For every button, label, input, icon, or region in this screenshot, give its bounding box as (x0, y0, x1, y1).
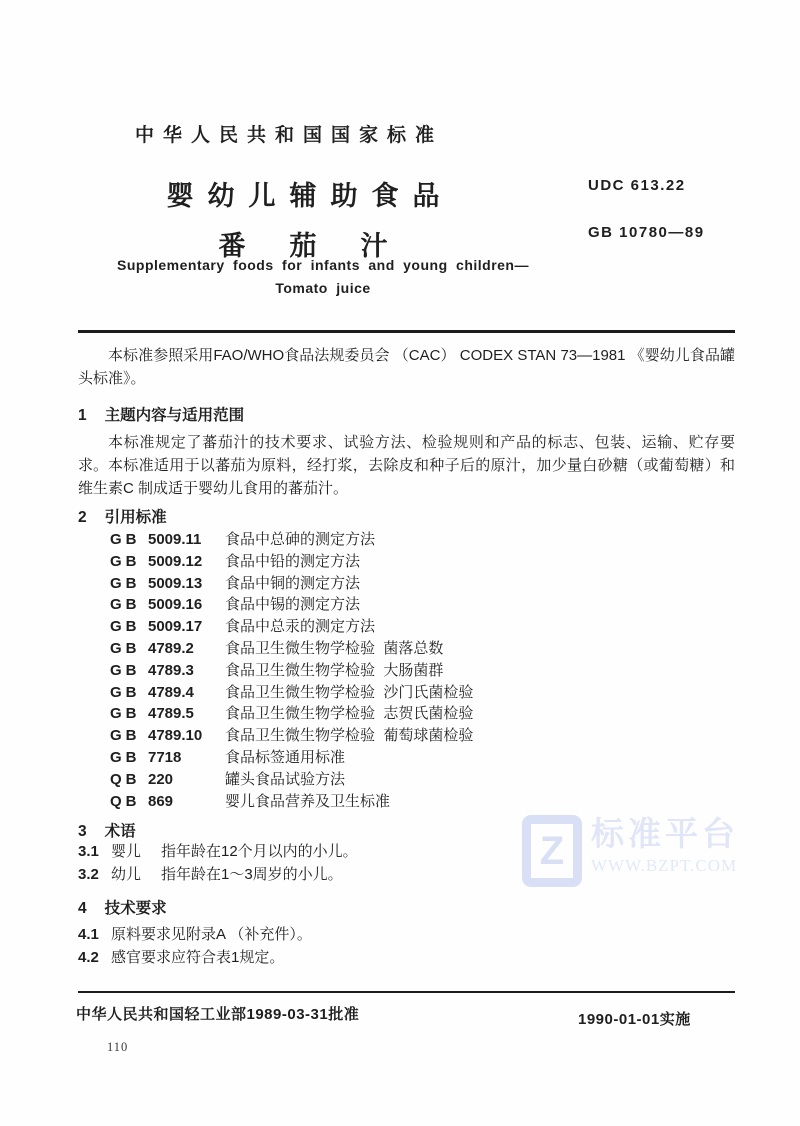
ref-number: 7718 (148, 747, 225, 769)
section3-number: 3 (78, 823, 87, 841)
standard-number: GB 10780—89 (588, 224, 705, 241)
ref-number: 4789.2 (148, 638, 225, 660)
ref-number: 5009.11 (148, 529, 225, 551)
reference-row: GB5009.12食品中铅的测定方法 (110, 551, 710, 573)
section4-number: 4 (78, 900, 87, 918)
term-number: 3.1 (78, 842, 111, 862)
ref-code: GB (110, 594, 148, 616)
ref-title: 食品卫生微生物学检验 葡萄球菌检验 (225, 725, 710, 747)
ref-number: 5009.13 (148, 573, 225, 595)
ref-number: 4789.4 (148, 682, 225, 704)
section1-number: 1 (78, 407, 87, 425)
reference-row: GB5009.11食品中总砷的测定方法 (110, 529, 710, 551)
ref-code: GB (110, 725, 148, 747)
preamble-paragraph: 本标准参照采用FAO/WHO食品法规委员会 （CAC） CODEX STAN 7… (78, 344, 735, 390)
ref-title: 食品中总汞的测定方法 (225, 616, 710, 638)
reference-row: GB4789.4食品卫生微生物学检验 沙门氏菌检验 (110, 682, 710, 704)
section2-number: 2 (78, 509, 87, 527)
reference-row: GB7718食品标签通用标准 (110, 747, 710, 769)
reference-row: GB4789.10食品卫生微生物学检验 葡萄球菌检验 (110, 725, 710, 747)
ref-title: 婴儿食品营养及卫生标准 (225, 791, 710, 813)
ref-number: 5009.12 (148, 551, 225, 573)
ref-code: GB (110, 529, 148, 551)
ref-code: GB (110, 551, 148, 573)
ref-code: GB (110, 682, 148, 704)
ref-title: 食品卫生微生物学检验 菌落总数 (225, 638, 710, 660)
reference-row: GB5009.13食品中铜的测定方法 (110, 573, 710, 595)
ref-title: 罐头食品试验方法 (225, 769, 710, 791)
section4-title: 技术要求 (105, 900, 167, 917)
ref-number: 4789.3 (148, 660, 225, 682)
section1-paragraph2: 本标准适用于以蕃茄为原料，经打浆，去除皮和种子后的原汁，加少量白砂糖（或葡萄糖）… (78, 454, 735, 500)
reference-row: GB5009.16食品中锡的测定方法 (110, 594, 710, 616)
term-number: 3.2 (78, 865, 111, 885)
requirement-item: 4.1 原料要求见附录A （补充件）。 (78, 925, 718, 945)
footer-rule (78, 991, 735, 993)
ref-code: GB (110, 573, 148, 595)
section2-heading: 2引用标准 (78, 505, 167, 527)
ref-code: GB (110, 660, 148, 682)
requirement-number: 4.1 (78, 925, 111, 945)
term-word: 婴儿 (111, 842, 161, 862)
requirement-item: 4.2 感官要求应符合表1规定。 (78, 948, 718, 968)
ref-code: GB (110, 747, 148, 769)
ref-number: 4789.10 (148, 725, 225, 747)
reference-row: GB4789.2食品卫生微生物学检验 菌落总数 (110, 638, 710, 660)
standard-document-page: 中华人民共和国国家标准 婴幼儿辅助食品 番茄汁 UDC 613.22 GB 10… (0, 0, 800, 1126)
english-subtitle-line2: Tomato juice (78, 280, 568, 296)
ref-number: 220 (148, 769, 225, 791)
title-block: 婴幼儿辅助食品 番茄汁 (75, 174, 531, 263)
reference-row: GB4789.3食品卫生微生物学检验 大肠菌群 (110, 660, 710, 682)
term-item: 3.2 幼儿 指年龄在1～3周岁的小儿。 (78, 865, 678, 885)
reference-row: QB220罐头食品试验方法 (110, 769, 710, 791)
reference-row: GB5009.17食品中总汞的测定方法 (110, 616, 710, 638)
reference-row: QB869婴儿食品营养及卫生标准 (110, 791, 710, 813)
ref-number: 5009.17 (148, 616, 225, 638)
section3-title: 术语 (105, 823, 136, 840)
ref-title: 食品标签通用标准 (225, 747, 710, 769)
ref-title: 食品卫生微生物学检验 志贺氏菌检验 (225, 703, 710, 725)
approval-statement: 中华人民共和国轻工业部1989-03-31批准 (76, 1003, 359, 1024)
ref-title: 食品中锡的测定方法 (225, 594, 710, 616)
term-definition: 指年龄在1～3周岁的小儿。 (161, 865, 343, 885)
doc-type-heading: 中华人民共和国国家标准 (135, 120, 443, 147)
section1-title: 主题内容与适用范围 (105, 407, 245, 424)
title-line1: 婴幼儿辅助食品 (75, 174, 531, 213)
ref-code: GB (110, 638, 148, 660)
implementation-date: 1990-01-01实施 (578, 1008, 691, 1029)
ref-number: 869 (148, 791, 225, 813)
ref-number: 4789.5 (148, 703, 225, 725)
ref-code: QB (110, 791, 148, 813)
section3-heading: 3术语 (78, 819, 136, 841)
udc-number: UDC 613.22 (588, 177, 686, 194)
ref-title: 食品中总砷的测定方法 (225, 529, 710, 551)
header-rule (78, 330, 735, 333)
requirement-number: 4.2 (78, 948, 111, 968)
ref-title: 食品中铜的测定方法 (225, 573, 710, 595)
requirement-text: 感官要求应符合表1规定。 (111, 948, 284, 968)
ref-code: GB (110, 616, 148, 638)
reference-row: GB4789.5食品卫生微生物学检验 志贺氏菌检验 (110, 703, 710, 725)
section2-title: 引用标准 (105, 509, 167, 526)
ref-title: 食品卫生微生物学检验 大肠菌群 (225, 660, 710, 682)
section4-heading: 4技术要求 (78, 896, 167, 918)
ref-title: 食品中铅的测定方法 (225, 551, 710, 573)
term-item: 3.1 婴儿 指年龄在12个月以内的小儿。 (78, 842, 678, 862)
term-word: 幼儿 (111, 865, 161, 885)
section1-heading: 1主题内容与适用范围 (78, 403, 244, 425)
ref-code: GB (110, 703, 148, 725)
english-subtitle-line1: Supplementary foods for infants and youn… (78, 257, 568, 273)
ref-number: 5009.16 (148, 594, 225, 616)
requirement-text: 原料要求见附录A （补充件）。 (111, 925, 312, 945)
reference-list: GB5009.11食品中总砷的测定方法 GB5009.12食品中铅的测定方法 G… (110, 529, 710, 812)
term-definition: 指年龄在12个月以内的小儿。 (161, 842, 358, 862)
english-subtitle: Supplementary foods for infants and youn… (78, 257, 568, 296)
ref-code: QB (110, 769, 148, 791)
page-number: 110 (107, 1040, 128, 1055)
ref-title: 食品卫生微生物学检验 沙门氏菌检验 (225, 682, 710, 704)
